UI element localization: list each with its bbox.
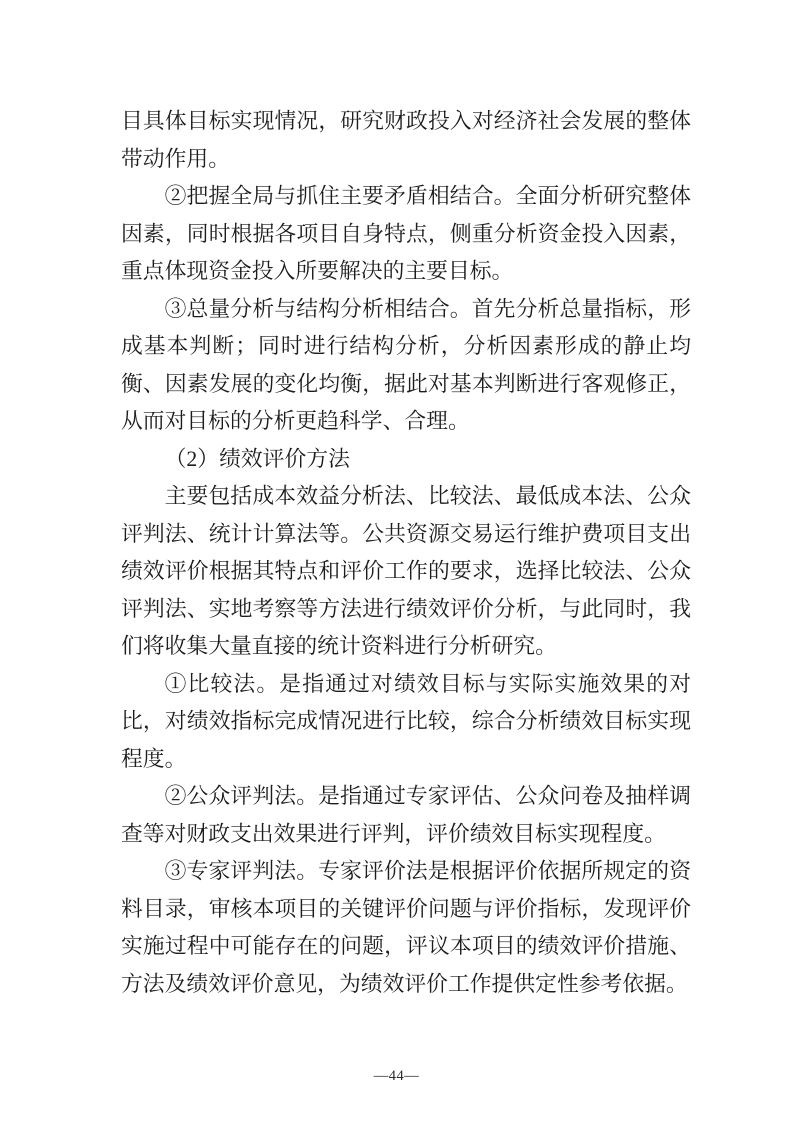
paragraph-4-heading: （2）绩效评价方法: [121, 441, 691, 479]
paragraph-2: ②把握全局与抓住主要矛盾相结合。全面分析研究整体因素，同时根据各项目自身特点，侧…: [121, 178, 691, 291]
paragraph-6: ①比较法。是指通过对绩效目标与实际实施效果的对比，对绩效指标完成情况进行比较，综…: [121, 666, 691, 779]
paragraph-1: 目具体目标实现情况，研究财政投入对经济社会发展的整体带动作用。: [121, 103, 691, 178]
page-number: —44—: [0, 1066, 793, 1086]
paragraph-3: ③总量分析与结构分析相结合。首先分析总量指标，形成基本判断；同时进行结构分析，分…: [121, 291, 691, 441]
paragraph-8: ③专家评判法。专家评价法是根据评价依据所规定的资料目录，审核本项目的关键评价问题…: [121, 853, 691, 1003]
paragraph-7: ②公众评判法。是指通过专家评估、公众问卷及抽样调查等对财政支出效果进行评判，评价…: [121, 778, 691, 853]
document-body-text: 目具体目标实现情况，研究财政投入对经济社会发展的整体带动作用。 ②把握全局与抓住…: [121, 103, 691, 1003]
document-page: 目具体目标实现情况，研究财政投入对经济社会发展的整体带动作用。 ②把握全局与抓住…: [0, 0, 793, 1122]
paragraph-5: 主要包括成本效益分析法、比较法、最低成本法、公众评判法、统计计算法等。公共资源交…: [121, 478, 691, 666]
